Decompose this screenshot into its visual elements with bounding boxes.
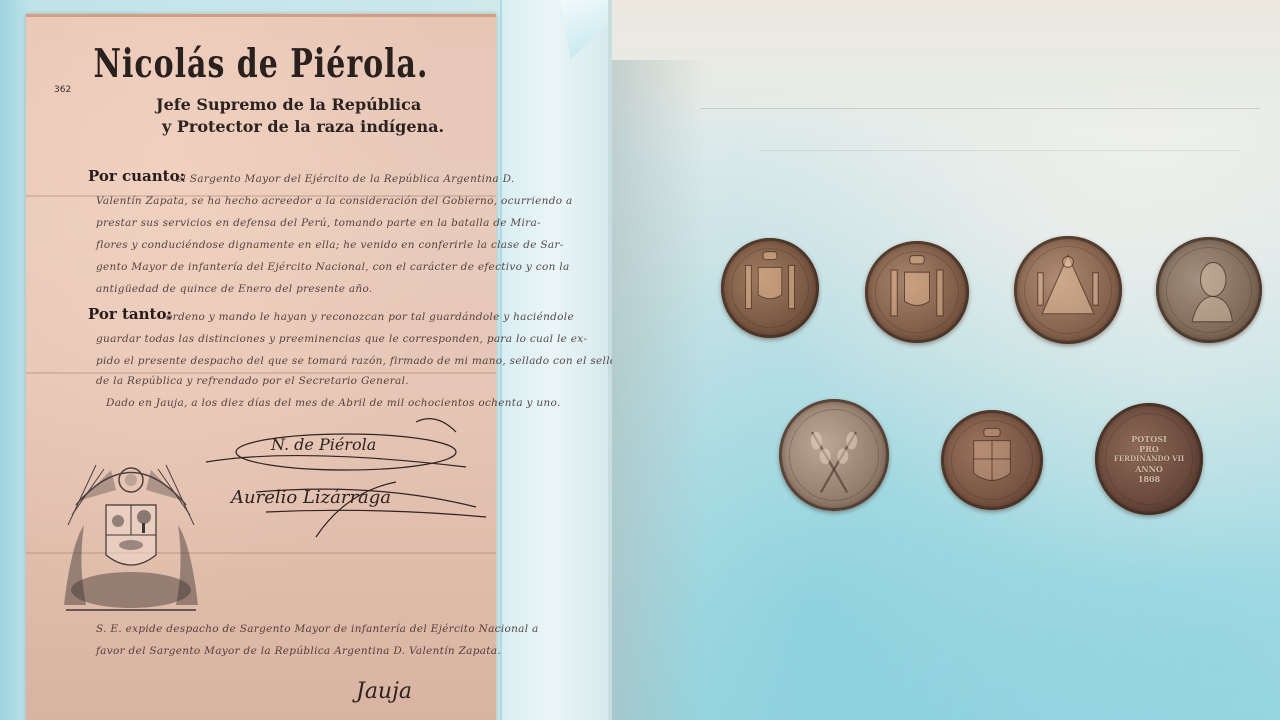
- signature-jauja: Jauja: [356, 679, 412, 704]
- section-heading-por-cuanto: Por cuanto:: [88, 167, 185, 185]
- photo-scene: 362 Nicolás de Piérola. Jefe Supremo de …: [0, 0, 1280, 720]
- footer-line: favor del Sargento Mayor de la República…: [96, 645, 501, 657]
- coin-inscription-line: ANNO: [1114, 464, 1184, 474]
- coin-5: [779, 399, 889, 511]
- document-line: el Sargento Mayor del Ejército de la Rep…: [176, 173, 515, 185]
- tissue-crease: [760, 150, 1240, 151]
- portrait-bust-icon: [1156, 237, 1262, 343]
- signature-lizarraga: Aurelio Lizárraga: [231, 487, 391, 508]
- coin-6: [941, 410, 1043, 510]
- document-fold: [26, 372, 496, 374]
- document-line: prestar sus servicios en defensa del Per…: [96, 217, 541, 229]
- document-line: Valentín Zapata, se ha hecho acreedor a …: [96, 195, 573, 207]
- signature-pierola: N. de Piérola: [271, 435, 376, 454]
- coin-2: [865, 241, 969, 343]
- tissue-shadow: [612, 60, 707, 720]
- tissue-crease: [700, 108, 1260, 109]
- footer-line: S. E. expide despacho de Sargento Mayor …: [96, 623, 539, 635]
- document-line: antigüedad de quince de Enero del presen…: [96, 283, 373, 295]
- coin-inscription-line: PRO: [1114, 444, 1184, 454]
- coin-inscription-line: FERDINANDO VII: [1114, 454, 1184, 464]
- document-line: gento Mayor de infantería del Ejército N…: [96, 261, 570, 273]
- coin-7: POTOSI PRO FERDINANDO VII ANNO 1808: [1095, 403, 1203, 515]
- dated-line: Dado en Jauja, a los diez días del mes d…: [106, 397, 561, 409]
- document-line: guardar todas las distinciones y preemin…: [96, 333, 587, 345]
- coin-4: [1156, 237, 1262, 343]
- coin-inscription: POTOSI PRO FERDINANDO VII ANNO 1808: [1114, 434, 1184, 484]
- document-line: pido el presente despacho del que se tom…: [96, 355, 617, 367]
- coin-inscription-line: 1808: [1114, 474, 1184, 484]
- historical-document: 362 Nicolás de Piérola. Jefe Supremo de …: [26, 14, 496, 720]
- document-subtitle-2: y Protector de la raza indígena.: [162, 117, 444, 136]
- signature-flourish-icon: [176, 412, 496, 542]
- document-line: flores y conduciéndose dignamente en ell…: [96, 239, 564, 251]
- section-heading-por-tanto: Por tanto:: [88, 305, 172, 323]
- coin-inscription-line: POTOSI: [1114, 434, 1184, 444]
- crowned-shield-icon: [721, 238, 819, 336]
- crowned-shield-icon: [865, 241, 969, 343]
- crowned-shield-icon: [941, 410, 1043, 510]
- document-subtitle-1: Jefe Supremo de la República: [156, 95, 421, 114]
- virgin-of-the-hill-icon: [1014, 236, 1122, 344]
- document-line: ordeno y mando le hayan y reconozcan por…: [166, 311, 574, 323]
- tissue-paper-top: [612, 0, 1280, 130]
- document-title: Nicolás de Piérola.: [26, 42, 496, 88]
- crossed-branches-icon: [779, 399, 889, 509]
- coin-3: [1014, 236, 1122, 344]
- document-line: de la República y refrendado por el Secr…: [96, 375, 409, 387]
- coin-1: [721, 238, 819, 338]
